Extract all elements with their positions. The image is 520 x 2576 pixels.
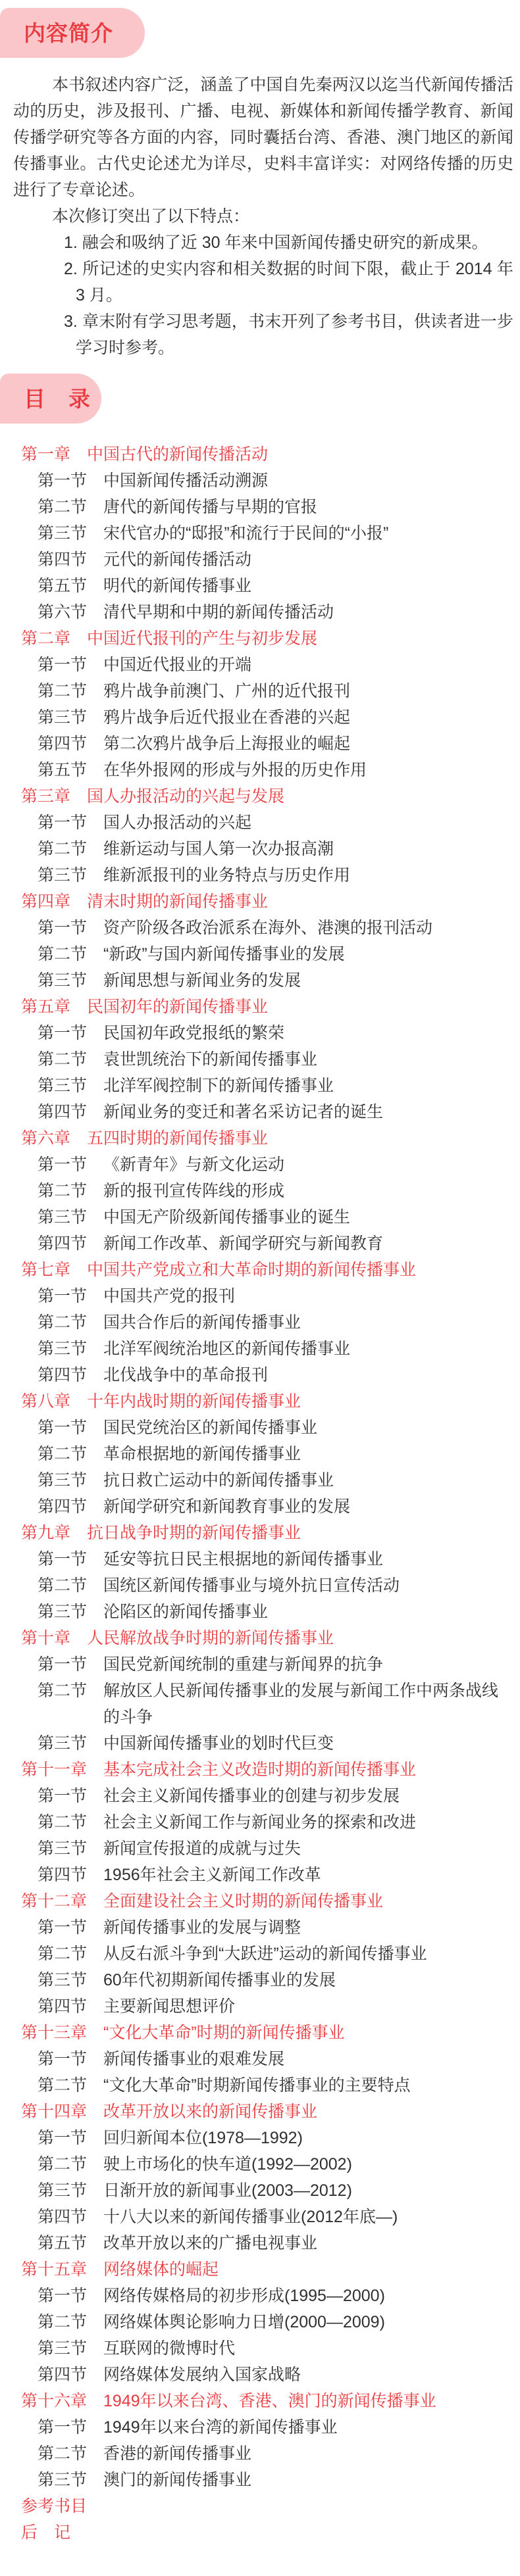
- toc-entry-label: 第十三章: [21, 2020, 87, 2046]
- toc-entry-label: 第二节: [38, 1678, 87, 1704]
- toc-entry-title: 基本完成社会主义改造时期的新闻传播事业: [103, 1757, 515, 1783]
- toc-section-row: 第二节 革命根据地的新闻传播事业: [0, 1441, 520, 1467]
- toc-section-row: 第一节 延安等抗日民主根据地的新闻传播事业: [0, 1546, 520, 1572]
- toc-backmatter-row: 参考书目: [0, 2493, 520, 2519]
- toc-list: 第一章 中国古代的新闻传播活动 第一节 中国新闻传播活动溯源 第二节 唐代的新闻…: [0, 441, 520, 2570]
- toc-entry-label: 第四节: [38, 1862, 87, 1888]
- toc-entry-title: 革命根据地的新闻传播事业: [103, 1441, 515, 1467]
- features-list: 1. 融会和吸纳了近 30 年来中国新闻传播史研究的新成果。 2. 所记述的史实…: [13, 230, 513, 361]
- feature-item-3: 3. 章末附有学习思考题，书末开列了参考书目，供读者进一步学习时参考。: [13, 308, 513, 361]
- toc-entry-title: 国民党统治区的新闻传播事业: [103, 1415, 515, 1441]
- toc-entry-label: 第三节: [38, 967, 87, 994]
- toc-section-row: 第二节 社会主义新闻工作与新闻业务的探索和改进: [0, 1809, 520, 1835]
- toc-entry-label: 第三节: [38, 2177, 87, 2204]
- toc-section-row: 第一节 《新青年》与新文化运动: [0, 1152, 520, 1178]
- toc-entry-label: 第二节: [38, 2441, 87, 2467]
- toc-entry-title: 解放区人民新闻传播事业的发展与新闻工作中两条战线的斗争: [103, 1678, 515, 1730]
- toc-entry-title: 北洋军阀统治地区的新闻传播事业: [103, 1336, 515, 1362]
- toc-entry-label: 第四节: [38, 1099, 87, 1125]
- toc-entry-label: 第十章: [21, 1625, 70, 1651]
- toc-entry-title: 主要新闻思想评价: [103, 1993, 515, 2020]
- toc-chapter-row: 第十五章 网络媒体的崛起: [0, 2256, 520, 2283]
- toc-entry-label: 第一节: [38, 1415, 87, 1441]
- toc-entry-label: 第二节: [38, 1178, 87, 1204]
- toc-entry-label: 第二节: [38, 836, 87, 862]
- toc-section-row: 第一节 民国初年政党报纸的繁荣: [0, 1020, 520, 1046]
- toc-entry-title: 新闻业务的变迁和著名采访记者的诞生: [103, 1099, 515, 1125]
- toc-entry-title: 新闻宣传报道的成就与过失: [103, 1835, 515, 1862]
- toc-entry-title: 60年代初期新闻传播事业的发展: [103, 1967, 515, 1993]
- toc-chapter-row: 第七章 中国共产党成立和大革命时期的新闻传播事业: [0, 1257, 520, 1283]
- toc-entry-label: 第四节: [38, 1230, 87, 1257]
- toc-chapter-row: 第一章 中国古代的新闻传播活动: [0, 441, 520, 468]
- toc-entry-label: 第三节: [38, 1835, 87, 1862]
- toc-entry-title: 第二次鸦片战争后上海报业的崛起: [103, 731, 515, 757]
- toc-section-row: 第二节 国统区新闻传播事业与境外抗日宣传活动: [0, 1572, 520, 1599]
- toc-entry-label: 第三节: [38, 1467, 87, 1494]
- toc-entry-title: 维新运动与国人第一次办报高潮: [103, 836, 515, 862]
- toc-entry-title: 北洋军阀控制下的新闻传播事业: [103, 1073, 515, 1099]
- toc-section-row: 第四节 新闻学研究和新闻教育事业的发展: [0, 1494, 520, 1520]
- toc-section-row: 第二节 新的报刊宣传阵线的形成: [0, 1178, 520, 1204]
- toc-entry-title: 澳门的新闻传播事业: [103, 2467, 515, 2493]
- toc-entry-title: 新闻学研究和新闻教育事业的发展: [103, 1494, 515, 1520]
- toc-entry-title: 1956年社会主义新闻工作改革: [103, 1862, 515, 1888]
- toc-chapter-row: 第十章 人民解放战争时期的新闻传播事业: [0, 1625, 520, 1651]
- toc-entry-title: 鸦片战争前澳门、广州的近代报刊: [103, 678, 515, 704]
- toc-entry-title: 1949年以来台湾的新闻传播事业: [103, 2414, 515, 2441]
- toc-entry-title: 驶上市场化的快车道(1992—2002): [103, 2151, 515, 2177]
- toc-entry-title: 中国古代的新闻传播活动: [87, 441, 515, 468]
- toc-section-row: 第五节 明代的新闻传播事业: [0, 573, 520, 599]
- toc-entry-title: 网络传媒格局的初步形成(1995—2000): [103, 2283, 515, 2309]
- toc-entry-title: 国人办报活动的兴起与发展: [87, 783, 515, 810]
- toc-entry-label: 第三节: [38, 2467, 87, 2493]
- toc-entry-title: 社会主义新闻传播事业的创建与初步发展: [103, 1783, 515, 1809]
- toc-entry-title: 抗日救亡运动中的新闻传播事业: [103, 1467, 515, 1494]
- toc-section-heading: 目 录: [24, 388, 91, 410]
- toc-entry-label: 第一节: [38, 468, 87, 494]
- toc-section-row: 第二节 香港的新闻传播事业: [0, 2441, 520, 2467]
- toc-entry-title: 民国初年政党报纸的繁荣: [103, 1020, 515, 1046]
- toc-entry-title: 回归新闻本位(1978—1992): [103, 2125, 515, 2151]
- toc-section-row: 第四节 网络媒体发展纳入国家战略: [0, 2362, 520, 2388]
- toc-entry-label: 第三节: [38, 862, 87, 888]
- toc-section-row: 第三节 中国无产阶级新闻传播事业的诞生: [0, 1204, 520, 1230]
- toc-section-row: 第三节 北洋军阀控制下的新闻传播事业: [0, 1073, 520, 1099]
- toc-entry-title: 从反右派斗争到“大跃进”运动的新闻传播事业: [103, 1941, 515, 1967]
- toc-section-row: 第三节 维新派报刊的业务特点与历史作用: [0, 862, 520, 888]
- toc-entry-title: 清末时期的新闻传播事业: [87, 888, 515, 915]
- toc-section-row: 第二节 驶上市场化的快车道(1992—2002): [0, 2151, 520, 2177]
- toc-entry-title: 社会主义新闻工作与新闻业务的探索和改进: [103, 1809, 515, 1835]
- toc-chapter-row: 第三章 国人办报活动的兴起与发展: [0, 783, 520, 810]
- toc-entry-title: “文化大革命”时期的新闻传播事业: [103, 2020, 515, 2046]
- toc-section-row: 第六节 清代早期和中期的新闻传播活动: [0, 599, 520, 625]
- toc-entry-title: 新闻传播事业的艰难发展: [103, 2046, 515, 2072]
- intro-section-heading: 内容简介: [24, 22, 113, 44]
- toc-chapter-row: 第十一章 基本完成社会主义改造时期的新闻传播事业: [0, 1757, 520, 1783]
- toc-chapter-row: 第八章 十年内战时期的新闻传播事业: [0, 1388, 520, 1415]
- toc-entry-label: 第二节: [38, 1441, 87, 1467]
- toc-entry-title: 沦陷区的新闻传播事业: [103, 1599, 515, 1625]
- toc-entry-label: 第六节: [38, 599, 87, 625]
- toc-entry-label: 第三节: [38, 1204, 87, 1230]
- toc-section-row: 第二节 维新运动与国人第一次办报高潮: [0, 836, 520, 862]
- toc-entry-title: “文化大革命”时期新闻传播事业的主要特点: [103, 2072, 515, 2099]
- toc-section-row: 第二节 从反右派斗争到“大跃进”运动的新闻传播事业: [0, 1941, 520, 1967]
- toc-entry-label: 第一节: [38, 1914, 87, 1941]
- toc-entry-label: 第一节: [38, 1546, 87, 1572]
- toc-section-row: 第四节 十八大以来的新闻传播事业(2012年底—): [0, 2204, 520, 2230]
- toc-entry-label: 第二节: [38, 494, 87, 520]
- intro-paragraph: 本书叙述内容广泛，涵盖了中国自先秦两汉以迄当代新闻传播活动的历史，涉及报刊、广播…: [13, 72, 513, 203]
- toc-section-row: 第三节 沦陷区的新闻传播事业: [0, 1599, 520, 1625]
- toc-entry-title: 中国近代报业的开端: [103, 652, 515, 678]
- toc-chapter-row: 第十三章 “文化大革命”时期的新闻传播事业: [0, 2020, 520, 2046]
- toc-entry-label: 第一节: [38, 2046, 87, 2072]
- toc-chapter-row: 第十四章 改革开放以来的新闻传播事业: [0, 2099, 520, 2125]
- toc-entry-label: 第三节: [38, 704, 87, 731]
- toc-entry-label: 第一节: [38, 915, 87, 941]
- toc-entry-label: 第八章: [21, 1388, 70, 1415]
- toc-entry-label: 第六章: [21, 1125, 70, 1152]
- toc-section-row: 第一节 国人办报活动的兴起: [0, 810, 520, 836]
- toc-entry-label: 第九章: [21, 1520, 70, 1546]
- toc-entry-label: 第五节: [38, 573, 87, 599]
- toc-entry-title: 清代早期和中期的新闻传播活动: [103, 599, 515, 625]
- toc-entry-title: 参考书目: [21, 2493, 515, 2519]
- toc-entry-title: 网络媒体的崛起: [103, 2256, 515, 2283]
- toc-entry-label: 第四节: [38, 1993, 87, 2020]
- toc-entry-title: 五四时期的新闻传播事业: [87, 1125, 515, 1152]
- toc-section-row: 第三节 日渐开放的新闻事业(2003—2012): [0, 2177, 520, 2204]
- toc-entry-title: 国人办报活动的兴起: [103, 810, 515, 836]
- toc-entry-title: 日渐开放的新闻事业(2003—2012): [103, 2177, 515, 2204]
- toc-entry-label: 第三节: [38, 1336, 87, 1362]
- toc-entry-title: 改革开放以来的新闻传播事业: [103, 2099, 515, 2125]
- toc-entry-label: 第三节: [38, 1073, 87, 1099]
- toc-section-row: 第三节 新闻宣传报道的成就与过失: [0, 1835, 520, 1862]
- toc-section-row: 第一节 中国近代报业的开端: [0, 652, 520, 678]
- toc-entry-label: 第四节: [38, 2204, 87, 2230]
- toc-section-row: 第四节 主要新闻思想评价: [0, 1993, 520, 2020]
- toc-entry-title: 袁世凯统治下的新闻传播事业: [103, 1046, 515, 1073]
- toc-entry-label: 第四节: [38, 547, 87, 573]
- toc-entry-title: 资产阶级各政治派系在海外、港澳的报刊活动: [103, 915, 515, 941]
- toc-entry-title: “新政”与国内新闻传播事业的发展: [103, 941, 515, 967]
- toc-entry-title: 明代的新闻传播事业: [103, 573, 515, 599]
- toc-entry-title: 中国新闻传播活动溯源: [103, 468, 515, 494]
- toc-entry-title: 网络媒体发展纳入国家战略: [103, 2362, 515, 2388]
- toc-entry-label: 第三节: [38, 2335, 87, 2362]
- toc-section-row: 第五节 改革开放以来的广播电视事业: [0, 2230, 520, 2256]
- toc-entry-label: 第十六章: [21, 2388, 87, 2414]
- toc-entry-title: 新闻传播事业的发展与调整: [103, 1914, 515, 1941]
- toc-section-row: 第一节 国民党统治区的新闻传播事业: [0, 1415, 520, 1441]
- toc-section-row: 第一节 1949年以来台湾的新闻传播事业: [0, 2414, 520, 2441]
- toc-chapter-row: 第二章 中国近代报刊的产生与初步发展: [0, 625, 520, 652]
- toc-entry-label: 第二节: [38, 1046, 87, 1073]
- toc-entry-title: 十年内战时期的新闻传播事业: [87, 1388, 515, 1415]
- toc-entry-label: 第二节: [38, 678, 87, 704]
- toc-section-badge: 目 录: [0, 374, 101, 424]
- toc-entry-title: 唐代的新闻传播与早期的官报: [103, 494, 515, 520]
- toc-section-row: 第二节 “文化大革命”时期新闻传播事业的主要特点: [0, 2072, 520, 2099]
- toc-section-row: 第一节 社会主义新闻传播事业的创建与初步发展: [0, 1783, 520, 1809]
- toc-entry-label: 第二节: [38, 1809, 87, 1835]
- toc-entry-label: 第七章: [21, 1257, 70, 1283]
- toc-entry-title: 宋代官办的“邸报”和流行于民间的“小报”: [103, 520, 515, 547]
- toc-entry-label: 第四节: [38, 1362, 87, 1388]
- toc-entry-label: 第五节: [38, 757, 87, 783]
- toc-chapter-row: 第十六章 1949年以来台湾、香港、澳门的新闻传播事业: [0, 2388, 520, 2414]
- toc-entry-label: 第二节: [38, 941, 87, 967]
- toc-entry-label: 第一节: [38, 652, 87, 678]
- toc-section-row: 第一节 中国共产党的报刊: [0, 1283, 520, 1309]
- toc-section-row: 第三节 抗日救亡运动中的新闻传播事业: [0, 1467, 520, 1494]
- toc-section-row: 第四节 第二次鸦片战争后上海报业的崛起: [0, 731, 520, 757]
- toc-entry-title: 国共合作后的新闻传播事业: [103, 1309, 515, 1336]
- toc-section-row: 第一节 新闻传播事业的发展与调整: [0, 1914, 520, 1941]
- toc-entry-title: 抗日战争时期的新闻传播事业: [87, 1520, 515, 1546]
- toc-section-row: 第二节 解放区人民新闻传播事业的发展与新闻工作中两条战线的斗争: [0, 1678, 520, 1730]
- intro-section-badge: 内容简介: [0, 8, 145, 58]
- toc-section-row: 第二节 国共合作后的新闻传播事业: [0, 1309, 520, 1336]
- toc-section-row: 第四节 新闻工作改革、新闻学研究与新闻教育: [0, 1230, 520, 1257]
- toc-entry-title: 《新青年》与新文化运动: [103, 1152, 515, 1178]
- toc-entry-label: 第一章: [21, 441, 70, 468]
- toc-entry-title: 在华外报网的形成与外报的历史作用: [103, 757, 515, 783]
- feature-item-1: 1. 融会和吸纳了近 30 年来中国新闻传播史研究的新成果。: [13, 230, 513, 256]
- toc-section-row: 第四节 1956年社会主义新闻工作改革: [0, 1862, 520, 1888]
- toc-entry-label: 第五章: [21, 994, 70, 1020]
- toc-entry-title: 民国初年的新闻传播事业: [87, 994, 515, 1020]
- toc-entry-label: 第二节: [38, 1309, 87, 1336]
- toc-entry-label: 第三节: [38, 1730, 87, 1757]
- toc-chapter-row: 第六章 五四时期的新闻传播事业: [0, 1125, 520, 1152]
- toc-section-row: 第一节 网络传媒格局的初步形成(1995—2000): [0, 2283, 520, 2309]
- toc-section-row: 第三节 北洋军阀统治地区的新闻传播事业: [0, 1336, 520, 1362]
- toc-entry-title: 中国共产党成立和大革命时期的新闻传播事业: [87, 1257, 515, 1283]
- toc-section-row: 第三节 鸦片战争后近代报业在香港的兴起: [0, 704, 520, 731]
- toc-entry-title: 新的报刊宣传阵线的形成: [103, 1178, 515, 1204]
- toc-entry-title: 后 记: [21, 2519, 515, 2546]
- toc-entry-label: 第二节: [38, 2309, 87, 2335]
- toc-section-row: 第三节 互联网的微博时代: [0, 2335, 520, 2362]
- toc-entry-label: 第四节: [38, 1494, 87, 1520]
- toc-entry-label: 第二节: [38, 1572, 87, 1599]
- toc-entry-label: 第十二章: [21, 1888, 87, 1914]
- toc-entry-title: 元代的新闻传播活动: [103, 547, 515, 573]
- toc-entry-title: 改革开放以来的广播电视事业: [103, 2230, 515, 2256]
- toc-section-row: 第五节 在华外报网的形成与外报的历史作用: [0, 757, 520, 783]
- toc-entry-label: 第四节: [38, 731, 87, 757]
- toc-section-row: 第三节 新闻思想与新闻业务的发展: [0, 967, 520, 994]
- toc-entry-title: 全面建设社会主义时期的新闻传播事业: [103, 1888, 515, 1914]
- toc-entry-title: 中国无产阶级新闻传播事业的诞生: [103, 1204, 515, 1230]
- toc-entry-title: 人民解放战争时期的新闻传播事业: [87, 1625, 515, 1651]
- toc-entry-label: 第一节: [38, 1651, 87, 1678]
- toc-entry-title: 鸦片战争后近代报业在香港的兴起: [103, 704, 515, 731]
- toc-entry-title: 国民党新闻统制的重建与新闻界的抗争: [103, 1651, 515, 1678]
- toc-entry-label: 第四节: [38, 2362, 87, 2388]
- toc-entry-title: 维新派报刊的业务特点与历史作用: [103, 862, 515, 888]
- toc-section-row: 第二节 鸦片战争前澳门、广州的近代报刊: [0, 678, 520, 704]
- toc-entry-title: 中国新闻传播事业的划时代巨变: [103, 1730, 515, 1757]
- toc-entry-label: 第一节: [38, 2125, 87, 2151]
- toc-entry-label: 第一节: [38, 1020, 87, 1046]
- toc-section-row: 第一节 中国新闻传播活动溯源: [0, 468, 520, 494]
- toc-entry-title: 1949年以来台湾、香港、澳门的新闻传播事业: [103, 2388, 515, 2414]
- toc-entry-title: 中国共产党的报刊: [103, 1283, 515, 1309]
- toc-entry-label: 第四章: [21, 888, 70, 915]
- toc-entry-label: 第一节: [38, 2283, 87, 2309]
- toc-section-row: 第三节 60年代初期新闻传播事业的发展: [0, 1967, 520, 1993]
- toc-entry-title: 国统区新闻传播事业与境外抗日宣传活动: [103, 1572, 515, 1599]
- toc-section-row: 第一节 资产阶级各政治派系在海外、港澳的报刊活动: [0, 915, 520, 941]
- toc-section-row: 第四节 元代的新闻传播活动: [0, 547, 520, 573]
- feature-item-2: 2. 所记述的史实内容和相关数据的时间下限，截止于 2014 年 3 月。: [13, 256, 513, 308]
- toc-section-row: 第四节 新闻业务的变迁和著名采访记者的诞生: [0, 1099, 520, 1125]
- toc-entry-label: 第一节: [38, 2414, 87, 2441]
- features-lead-paragraph: 本次修订突出了以下特点：: [13, 203, 513, 230]
- toc-backmatter-row: 后 记: [0, 2519, 520, 2546]
- book-description-page: 内容简介 本书叙述内容广泛，涵盖了中国自先秦两汉以迄当代新闻传播活动的历史，涉及…: [0, 8, 520, 2570]
- toc-entry-title: 新闻思想与新闻业务的发展: [103, 967, 515, 994]
- toc-section-row: 第二节 网络媒体舆论影响力日增(2000—2009): [0, 2309, 520, 2335]
- toc-section-row: 第一节 国民党新闻统制的重建与新闻界的抗争: [0, 1651, 520, 1678]
- toc-entry-title: 北伐战争中的革命报刊: [103, 1362, 515, 1388]
- toc-entry-label: 第一节: [38, 1283, 87, 1309]
- toc-entry-label: 第五节: [38, 2230, 87, 2256]
- toc-entry-title: 十八大以来的新闻传播事业(2012年底—): [103, 2204, 515, 2230]
- toc-entry-label: 第三节: [38, 520, 87, 547]
- toc-entry-title: 网络媒体舆论影响力日增(2000—2009): [103, 2309, 515, 2335]
- toc-entry-title: 互联网的微博时代: [103, 2335, 515, 2362]
- intro-body: 本书叙述内容广泛，涵盖了中国自先秦两汉以迄当代新闻传播活动的历史，涉及报刊、广播…: [0, 72, 520, 361]
- toc-section-row: 第二节 “新政”与国内新闻传播事业的发展: [0, 941, 520, 967]
- toc-section-row: 第二节 唐代的新闻传播与早期的官报: [0, 494, 520, 520]
- toc-entry-title: 中国近代报刊的产生与初步发展: [87, 625, 515, 652]
- toc-chapter-row: 第五章 民国初年的新闻传播事业: [0, 994, 520, 1020]
- toc-section-row: 第一节 新闻传播事业的艰难发展: [0, 2046, 520, 2072]
- toc-entry-label: 第一节: [38, 810, 87, 836]
- toc-chapter-row: 第九章 抗日战争时期的新闻传播事业: [0, 1520, 520, 1546]
- toc-chapter-row: 第十二章 全面建设社会主义时期的新闻传播事业: [0, 1888, 520, 1914]
- toc-entry-label: 第二节: [38, 2151, 87, 2177]
- toc-entry-label: 第二节: [38, 1941, 87, 1967]
- toc-section-row: 第四节 北伐战争中的革命报刊: [0, 1362, 520, 1388]
- toc-section-row: 第三节 宋代官办的“邸报”和流行于民间的“小报”: [0, 520, 520, 547]
- toc-section-row: 第二节 袁世凯统治下的新闻传播事业: [0, 1046, 520, 1073]
- toc-entry-label: 第一节: [38, 1152, 87, 1178]
- toc-entry-label: 第十一章: [21, 1757, 87, 1783]
- toc-section-row: 第一节 回归新闻本位(1978—1992): [0, 2125, 520, 2151]
- toc-entry-label: 第三节: [38, 1599, 87, 1625]
- toc-entry-label: 第三章: [21, 783, 70, 810]
- toc-entry-label: 第三节: [38, 1967, 87, 1993]
- toc-entry-label: 第二章: [21, 625, 70, 652]
- toc-chapter-row: 第四章 清末时期的新闻传播事业: [0, 888, 520, 915]
- toc-section-row: 第三节 中国新闻传播事业的划时代巨变: [0, 1730, 520, 1757]
- toc-entry-title: 新闻工作改革、新闻学研究与新闻教育: [103, 1230, 515, 1257]
- toc-entry-label: 第二节: [38, 2072, 87, 2099]
- toc-entry-label: 第十四章: [21, 2099, 87, 2125]
- toc-entry-title: 香港的新闻传播事业: [103, 2441, 515, 2467]
- toc-entry-title: 延安等抗日民主根据地的新闻传播事业: [103, 1546, 515, 1572]
- toc-entry-label: 第十五章: [21, 2256, 87, 2283]
- toc-section-row: 第三节 澳门的新闻传播事业: [0, 2467, 520, 2493]
- toc-entry-label: 第一节: [38, 1783, 87, 1809]
